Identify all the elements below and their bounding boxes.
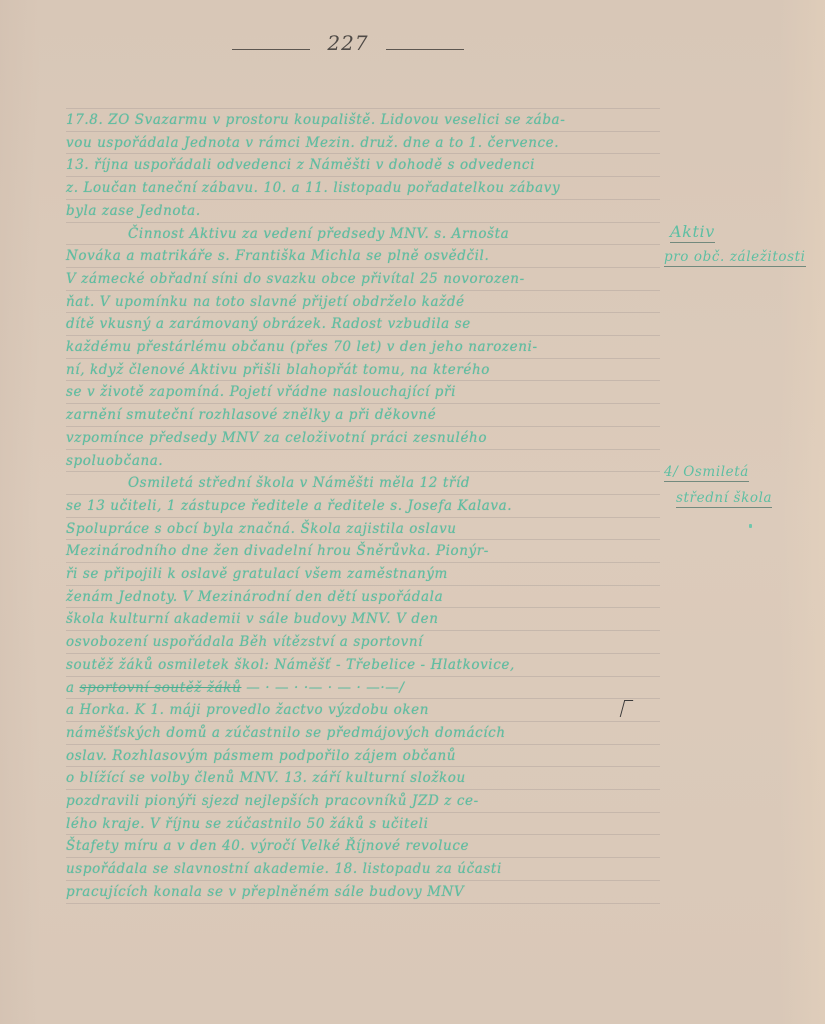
page-number: 227 <box>327 31 368 55</box>
handwritten-line: ňat. V upomínku na toto slavné přijetí o… <box>66 294 465 310</box>
handwritten-line: ři se připojili k oslavě gratulací všem … <box>66 566 448 582</box>
page-header: 227 <box>232 28 464 58</box>
header-rule-left <box>232 49 310 50</box>
ruled-line <box>66 494 660 495</box>
header-rule-right <box>386 49 464 50</box>
ruled-line <box>66 721 660 722</box>
line-text-post: — · — · ·— · — · —·—/ <box>241 680 404 696</box>
ruled-line <box>66 766 660 767</box>
ruled-line <box>66 653 660 654</box>
handwritten-line: se 13 učiteli, 1 zástupce ředitele a řed… <box>66 498 512 514</box>
ruled-line <box>66 403 660 404</box>
handwritten-line: vou uspořádala Jednota v rámci Mezin. dr… <box>66 135 559 151</box>
handwritten-line: Spolupráce s obcí byla značná. Škola zaj… <box>66 521 457 537</box>
ruled-line <box>66 585 660 586</box>
handwritten-line: a Horka. K 1. máji provedlo žactvo výzdo… <box>66 702 429 718</box>
handwritten-line: 17.8. ZO Svazarmu v prostoru koupaliště.… <box>66 112 565 128</box>
ruled-line <box>66 267 660 268</box>
ruled-line <box>66 358 660 359</box>
handwritten-line: soutěž žáků osmiletek škol: Náměšť - Tře… <box>66 657 515 673</box>
ruled-line <box>66 834 660 835</box>
handwritten-line: osvobození uspořádala Běh vítězství a sp… <box>66 634 423 650</box>
struck-through-text: sportovní soutěž žáků <box>80 680 242 696</box>
ink-dot <box>749 524 752 528</box>
handwritten-line: V zámecké obřadní síni do svazku obce př… <box>66 271 525 287</box>
handwritten-line: pracujících konala se v přeplněném sále … <box>66 884 464 900</box>
ruled-line <box>66 698 660 699</box>
margin-note-aktiv: Aktiv <box>670 222 715 243</box>
ruled-line <box>66 539 660 540</box>
ruled-line <box>66 335 660 336</box>
ruled-line <box>66 903 660 904</box>
handwritten-line: byla zase Jednota. <box>66 203 201 219</box>
ruled-line <box>66 312 660 313</box>
ruled-writing-area: 17.8. ZO Svazarmu v prostoru koupaliště.… <box>66 106 660 896</box>
handwritten-line: z. Loučan taneční zábavu. 10. a 11. list… <box>66 180 560 196</box>
handwritten-line: náměšťských domů a zúčastnilo se předmáj… <box>66 725 506 741</box>
handwritten-line: vzpomínce předsedy MNV za celoživotní pr… <box>66 430 487 446</box>
document-page: 227 17.8. ZO Svazarmu v prostoru koupali… <box>0 0 825 1024</box>
ruled-line <box>66 880 660 881</box>
ruled-line <box>66 199 660 200</box>
ruled-line <box>66 744 660 745</box>
ruled-line <box>66 857 660 858</box>
handwritten-line: Mezinárodního dne žen divadelní hrou Šně… <box>66 543 489 559</box>
ruled-line <box>66 153 660 154</box>
ruled-line <box>66 630 660 631</box>
handwritten-line: spoluobčana. <box>66 453 163 469</box>
ruled-line <box>66 449 660 450</box>
handwritten-line: Štafety míru a v den 40. výročí Velké Ří… <box>66 838 469 854</box>
handwritten-line: uspořádala se slavnostní akademie. 18. l… <box>66 861 502 877</box>
handwritten-line: Činnost Aktivu za vedení předsedy MNV. s… <box>66 226 509 242</box>
ruled-line <box>66 517 660 518</box>
ruled-line <box>66 290 660 291</box>
ruled-line <box>66 131 660 132</box>
handwritten-line: oslav. Rozhlasovým pásmem podpořilo záje… <box>66 748 456 764</box>
ruled-line <box>66 244 660 245</box>
margin-note-stredni-skola: střední škola <box>676 490 772 508</box>
margin-note-osmileta: 4/ Osmiletá <box>664 464 749 482</box>
handwritten-line: o blížící se volby členů MNV. 13. září k… <box>66 770 466 786</box>
handwritten-line: dítě vkusný a zarámovaný obrázek. Radost… <box>66 316 471 332</box>
handwritten-line: pozdravili pionýři sjezd nejlepších prac… <box>66 793 479 809</box>
ruled-line <box>66 222 660 223</box>
ruled-line <box>66 812 660 813</box>
margin-note-pro-obc-zalezitosti: pro obč. záležitosti <box>664 249 806 267</box>
ruled-line <box>66 789 660 790</box>
line-text-pre: a <box>66 680 80 696</box>
handwritten-line: lého kraje. V říjnu se zúčastnilo 50 žák… <box>66 816 429 832</box>
handwritten-line: Osmiletá střední škola v Náměšti měla 12… <box>66 475 470 491</box>
handwritten-line: Nováka a matrikáře s. Františka Michla s… <box>66 248 489 264</box>
ruled-line <box>66 426 660 427</box>
handwritten-line: ní, když členové Aktivu přišli blahopřát… <box>66 362 490 378</box>
ruled-line <box>66 607 660 608</box>
handwritten-line: zarnění smuteční rozhlasové znělky a při… <box>66 407 436 423</box>
handwritten-line: každému přestárlému občanu (přes 70 let)… <box>66 339 538 355</box>
handwritten-line: ženám Jednoty. V Mezinárodní den dětí us… <box>66 589 443 605</box>
handwritten-line: a sportovní soutěž žáků — · — · ·— · — ·… <box>66 680 405 696</box>
ruled-line <box>66 108 660 109</box>
ruled-line <box>66 176 660 177</box>
handwritten-line: 13. října uspořádali odvedenci z Náměšti… <box>66 157 535 173</box>
ruled-line <box>66 471 660 472</box>
ruled-line <box>66 562 660 563</box>
handwritten-line: se v životě zapomíná. Pojetí vřádne nasl… <box>66 384 456 400</box>
handwritten-line: škola kulturní akademii v sále budovy MN… <box>66 611 439 627</box>
ruled-line <box>66 380 660 381</box>
ruled-line <box>66 676 660 677</box>
